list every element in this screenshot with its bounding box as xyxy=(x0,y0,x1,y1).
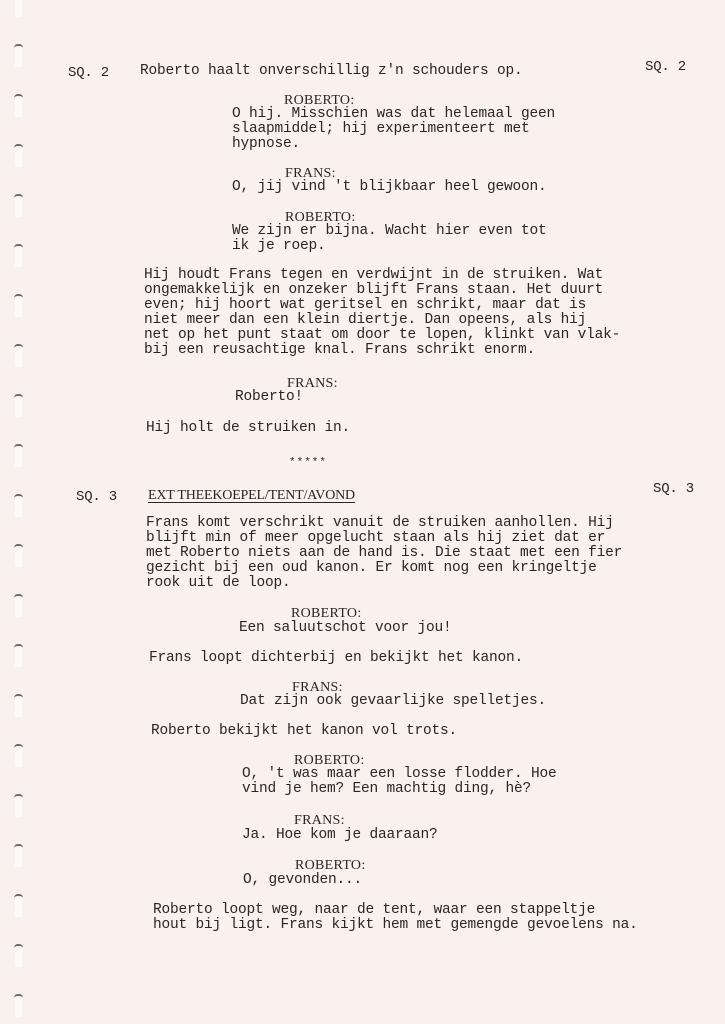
dialogue-line: Dat zijn ook gevaarlijke spelletjes. xyxy=(240,694,546,709)
sequence-label-left: SQ. 2 xyxy=(68,66,109,81)
binder-hole xyxy=(14,94,23,118)
binder-hole xyxy=(14,744,23,768)
action-line: rook uit de loop. xyxy=(146,576,291,591)
character-name: ROBERTO: xyxy=(291,606,362,621)
dialogue-line: slaapmiddel; hij experimenteert met xyxy=(232,122,530,137)
dialogue-line: O, 't was maar een losse flodder. Hoe xyxy=(242,767,557,782)
character-name: FRANS: xyxy=(294,813,345,828)
binder-hole xyxy=(14,594,23,618)
binder-hole xyxy=(14,194,23,218)
binder-hole xyxy=(14,494,23,518)
action-line: bij een reusachtige knal. Frans schrikt … xyxy=(144,343,535,358)
dialogue-line: We zijn er bijna. Wacht hier even tot xyxy=(232,224,547,239)
action-line: Hij houdt Frans tegen en verdwijnt in de… xyxy=(144,268,603,283)
binder-hole xyxy=(14,394,23,418)
action-line: Roberto loopt weg, naar de tent, waar ee… xyxy=(153,903,595,918)
action-line: net op het punt staat om door te lopen, … xyxy=(144,328,620,343)
dialogue-line: ik je roep. xyxy=(232,239,326,254)
binder-hole xyxy=(14,944,23,968)
dialogue-line: Ja. Hoe kom je daaraan? xyxy=(242,828,438,843)
sequence-label-right: SQ. 3 xyxy=(653,482,694,497)
action-line: Roberto haalt onverschillig z'n schouder… xyxy=(140,64,523,79)
dialogue-line: O hij. Misschien was dat helemaal geen xyxy=(232,107,555,122)
action-line: gezicht bij een oud kanon. Er komt nog e… xyxy=(146,561,597,576)
action-line: niet meer dan een klein diertje. Dan ope… xyxy=(144,313,586,328)
dialogue-line: hypnose. xyxy=(232,137,300,152)
dialogue-line: Roberto! xyxy=(235,390,303,405)
binder-hole xyxy=(14,994,23,1018)
binder-hole xyxy=(14,144,23,168)
binder-hole xyxy=(14,644,23,668)
binder-hole xyxy=(14,894,23,918)
binder-hole xyxy=(14,44,23,68)
binder-hole xyxy=(14,694,23,718)
action-line: ongemakkelijk en onzeker blijft Frans st… xyxy=(144,283,603,298)
scene-separator: ***** xyxy=(289,456,327,471)
binder-holes xyxy=(0,0,30,1024)
action-line: met Roberto niets aan de hand is. Die st… xyxy=(146,546,622,561)
binder-hole xyxy=(14,544,23,568)
binder-hole xyxy=(14,844,23,868)
binder-hole xyxy=(14,0,23,18)
action-line: Hij holt de struiken in. xyxy=(146,421,350,436)
dialogue-line: Een saluutschot voor jou! xyxy=(239,621,452,636)
action-line: Frans komt verschrikt vanuit de struiken… xyxy=(146,516,614,531)
sequence-label-right: SQ. 2 xyxy=(645,60,686,75)
action-line: Frans loopt dichterbij en bekijkt het ka… xyxy=(149,651,523,666)
binder-hole xyxy=(14,444,23,468)
action-line: even; hij hoort wat geritsel en schrikt,… xyxy=(144,298,586,313)
sequence-label-left: SQ. 3 xyxy=(76,490,117,505)
character-name: ROBERTO: xyxy=(295,858,366,873)
action-line: blijft min of meer opgelucht staan als h… xyxy=(146,531,605,546)
binder-hole xyxy=(14,294,23,318)
dialogue-line: vind je hem? Een machtig ding, hè? xyxy=(242,782,531,797)
action-line: hout bij ligt. Frans kijkt hem met gemen… xyxy=(153,918,638,933)
action-line: Roberto bekijkt het kanon vol trots. xyxy=(151,724,457,739)
script-page: SQ. 2 Roberto haalt onverschillig z'n sc… xyxy=(0,0,725,1024)
dialogue-line: O, jij vind 't blijkbaar heel gewoon. xyxy=(232,180,547,195)
scene-heading: EXT THEEKOEPEL/TENT/AVOND xyxy=(148,488,355,503)
dialogue-line: O, gevonden... xyxy=(243,873,362,888)
binder-hole xyxy=(14,794,23,818)
binder-hole xyxy=(14,244,23,268)
binder-hole xyxy=(14,344,23,368)
